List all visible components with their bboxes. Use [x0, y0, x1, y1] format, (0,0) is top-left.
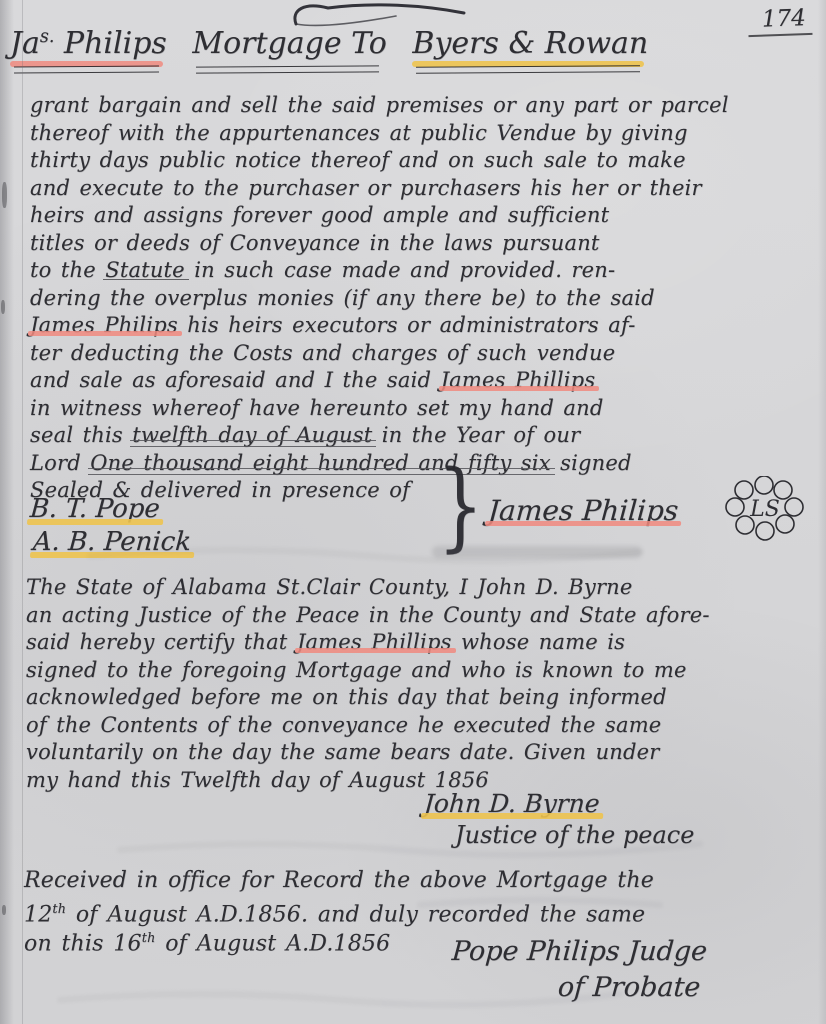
signature-name: John D. Byrne	[423, 789, 601, 818]
scanned-document-page: 174 Jas. Philips Mortgage To Byers & Row…	[0, 0, 826, 1024]
mortgage-body-paragraph: grant bargain and sell the said premises…	[30, 92, 729, 505]
deed-text: to the	[30, 258, 105, 282]
cert-line: an acting Justice of the Peace in the Co…	[26, 602, 710, 630]
deed-line: seal this twelfth day of August in the Y…	[30, 422, 729, 450]
deed-line: in witness whereof have hereunto set my …	[30, 395, 729, 423]
justice-title: Justice of the peace	[455, 821, 694, 849]
cert-text: acknowledged before me on this day that …	[26, 685, 667, 709]
title-grantor-superscript: s.	[40, 27, 54, 47]
cert-line: said hereby certify that James Phillips …	[26, 629, 710, 657]
witness-name: A. B. Penick	[32, 527, 192, 557]
deed-line: grant bargain and sell the said premises…	[30, 92, 729, 120]
deed-line: titles or deeds of Conveyance in the law…	[30, 230, 729, 258]
document-title: Jas. Philips Mortgage To Byers & Rowan	[10, 26, 664, 61]
cert-line: voluntarily on the day the same bears da…	[26, 739, 710, 767]
deed-text: and execute to the purchaser or purchase…	[30, 176, 702, 200]
red-underlined-name: James Phillips	[441, 368, 596, 392]
grantor-signature: James Philips	[487, 494, 680, 527]
cert-text: an acting Justice of the Peace in the Co…	[26, 603, 710, 627]
cert-line: of the Contents of the conveyance he exe…	[26, 712, 710, 740]
recording-text: of August A.D.1856	[156, 931, 391, 956]
deed-text: and sale as aforesaid and I the said	[30, 368, 441, 392]
title-grantor-text: Ja	[10, 26, 40, 61]
title-grantee: Byers & Rowan	[412, 26, 648, 61]
title-grantor: Jas. Philips	[10, 26, 167, 61]
deed-line: thereof with the appurtenances at public…	[30, 120, 729, 148]
red-underlined-name: James Philips	[30, 313, 178, 337]
justice-signature: John D. Byrne	[423, 789, 601, 818]
deed-text: grant bargain and sell the said premises…	[30, 93, 729, 117]
scan-smudge-artifact	[432, 546, 642, 558]
deed-text: ter deducting the Costs and charges of s…	[30, 341, 615, 365]
title-grantor-surname: Philips	[54, 26, 166, 61]
deed-text: in the Year of our	[372, 423, 580, 447]
deed-line: thirty days public notice thereof and on…	[30, 147, 729, 175]
witness-signature-pope: B. T. Pope	[29, 494, 161, 524]
page-margin-line	[22, 0, 23, 1024]
scan-edge-artifact	[1, 300, 5, 314]
deed-text: signed	[551, 451, 632, 475]
cert-text: whose name is	[452, 630, 626, 654]
pen-underlined-date: twelfth day of August	[132, 423, 372, 447]
cert-text: voluntarily on the day the same bears da…	[26, 740, 660, 764]
ink-underlined-text: Statute	[105, 258, 185, 282]
deed-line: heirs and assigns forever good ample and…	[30, 202, 729, 230]
scan-edge-artifact	[2, 182, 7, 208]
title-middle: Mortgage To	[192, 26, 387, 61]
witness-signature-penick: A. B. Penick	[32, 527, 192, 557]
cert-text: The State of Alabama St.Clair County, I …	[26, 575, 633, 599]
curly-brace-mark: }	[438, 458, 484, 554]
deed-text: titles or deeds of Conveyance in the law…	[30, 231, 600, 255]
deed-line: Lord One thousand eight hundred and fift…	[30, 450, 729, 478]
certification-paragraph: The State of Alabama St.Clair County, I …	[26, 574, 710, 794]
deed-line: and sale as aforesaid and I the said Jam…	[30, 367, 729, 395]
signature-name: James Philips	[487, 494, 680, 527]
page-number: 174	[748, 5, 813, 37]
deed-text: dering the overplus monies (if any there…	[30, 286, 655, 310]
cert-text: said hereby certify that	[26, 630, 297, 654]
deed-text: heirs and assigns forever good ample and…	[30, 203, 609, 227]
cert-line: my hand this Twelfth day of August 1856	[26, 767, 710, 795]
witness-name: B. T. Pope	[29, 494, 161, 524]
deed-text: his heirs executors or administrators af…	[178, 313, 636, 337]
cert-text: signed to the foregoing Mortgage and who…	[26, 658, 687, 682]
recording-day: 16	[113, 931, 141, 956]
deed-text: thirty days public notice thereof and on…	[30, 148, 686, 172]
cert-line: acknowledged before me on this day that …	[26, 684, 710, 712]
deed-text: thereof with the appurtenances at public…	[30, 121, 688, 145]
deed-text: in such case made and provided. ren-	[185, 258, 616, 282]
recording-line: 12th of August A.D.1856. and duly record…	[24, 895, 654, 924]
cert-line: signed to the foregoing Mortgage and who…	[26, 657, 710, 685]
deed-line: to the Statute in such case made and pro…	[30, 257, 729, 285]
deed-line: ter deducting the Costs and charges of s…	[30, 340, 729, 368]
probate-judge-signature: Pope Philips Judge	[451, 936, 708, 967]
red-underlined-name: James Phillips	[297, 630, 452, 654]
deed-line: dering the overplus monies (if any there…	[30, 285, 729, 313]
deed-text: Lord	[30, 451, 90, 475]
deed-text: in witness whereof have hereunto set my …	[30, 396, 604, 420]
deed-text: seal this	[30, 423, 132, 447]
recording-line: Received in office for Record the above …	[24, 866, 654, 895]
deed-line: and execute to the purchaser or purchase…	[30, 175, 729, 203]
ordinal-superscript: th	[142, 931, 156, 946]
recording-text: Received in office for Record the above …	[24, 868, 654, 893]
ordinal-superscript: th	[52, 902, 66, 917]
cert-text: my hand this Twelfth day of August 1856	[26, 768, 489, 792]
recording-text: on this	[24, 931, 113, 956]
seal-text: LS	[749, 497, 780, 522]
pen-flourish-mark	[288, 0, 478, 28]
deed-line: James Philips his heirs executors or adm…	[30, 312, 729, 340]
notary-seal-icon: LS	[724, 476, 806, 542]
scan-edge-artifact	[2, 905, 6, 915]
cert-text: of the Contents of the conveyance he exe…	[26, 713, 661, 737]
probate-judge-signature-line2: of Probate	[557, 972, 702, 1003]
cert-line: The State of Alabama St.Clair County, I …	[26, 574, 710, 602]
